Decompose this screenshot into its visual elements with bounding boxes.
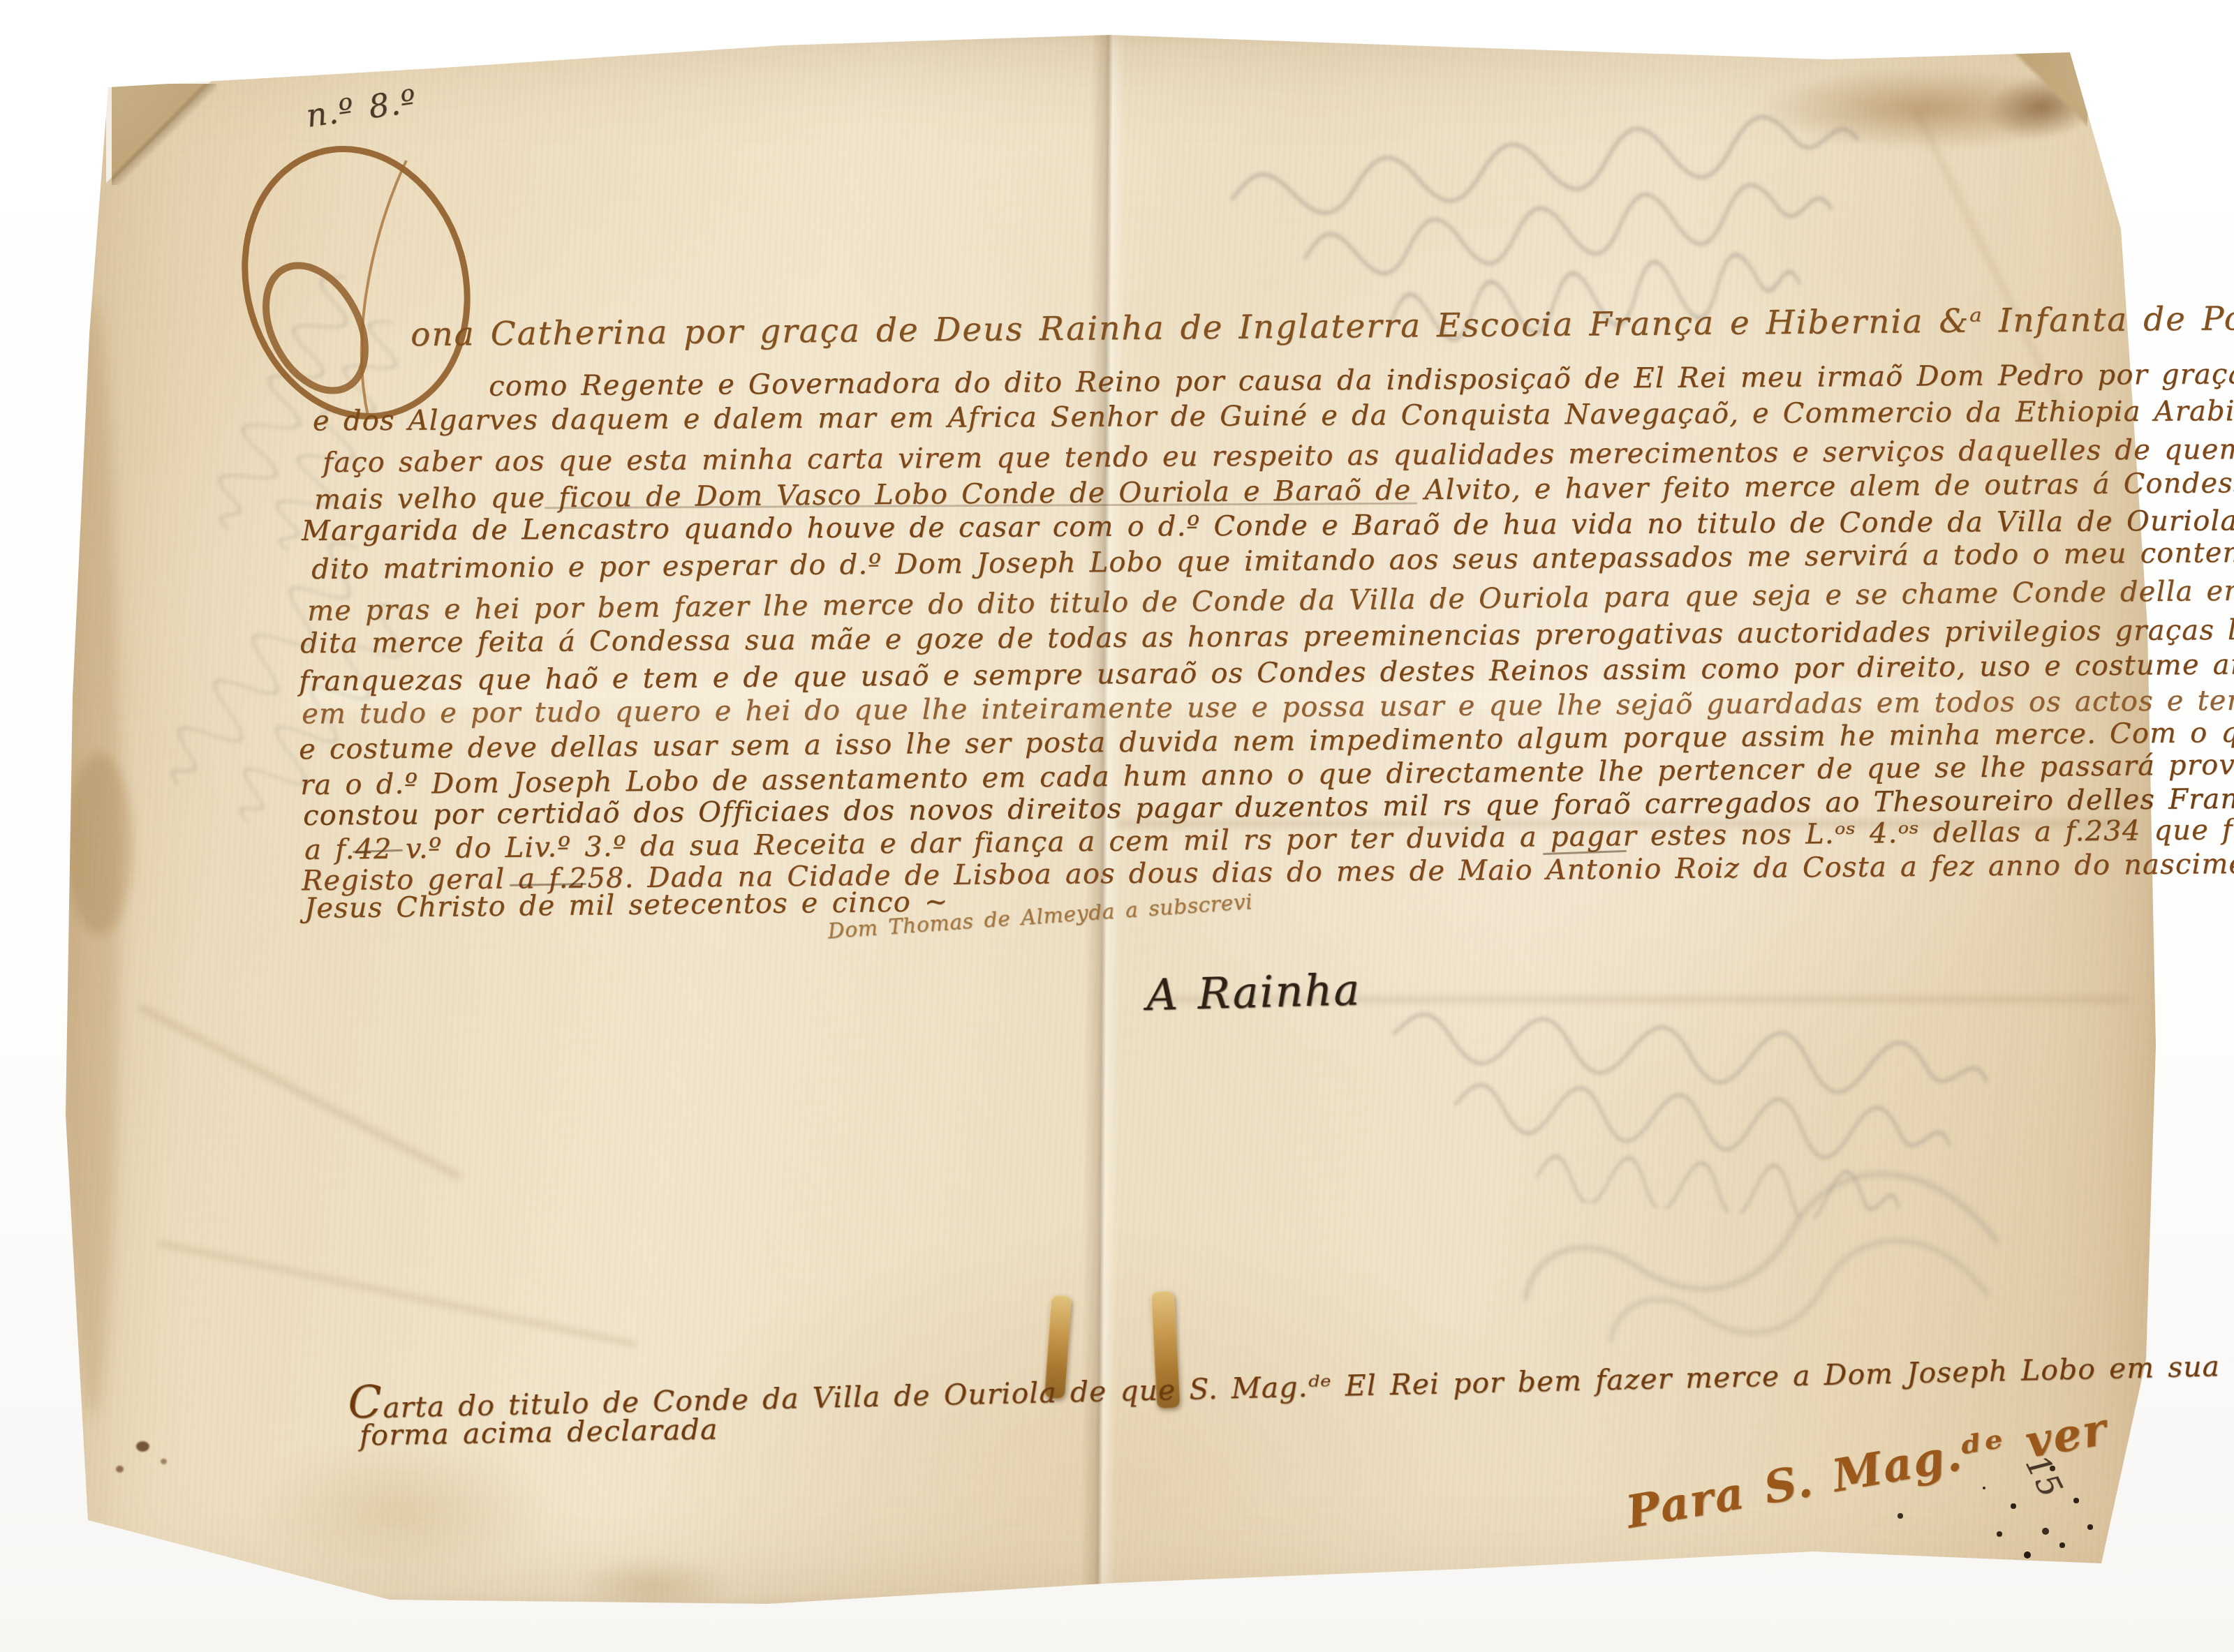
queen-signature: A Rainha — [1146, 964, 1361, 1020]
initial-letter-flourish — [230, 119, 475, 447]
initial-letter-D: D — [230, 119, 475, 447]
photo-background: n.º 8.º D ona Catherina por graça de Deu… — [0, 0, 2234, 1652]
ink-spatter-dots — [1983, 1487, 1985, 1489]
docket-line-2: forma acima declarada — [360, 1413, 718, 1452]
